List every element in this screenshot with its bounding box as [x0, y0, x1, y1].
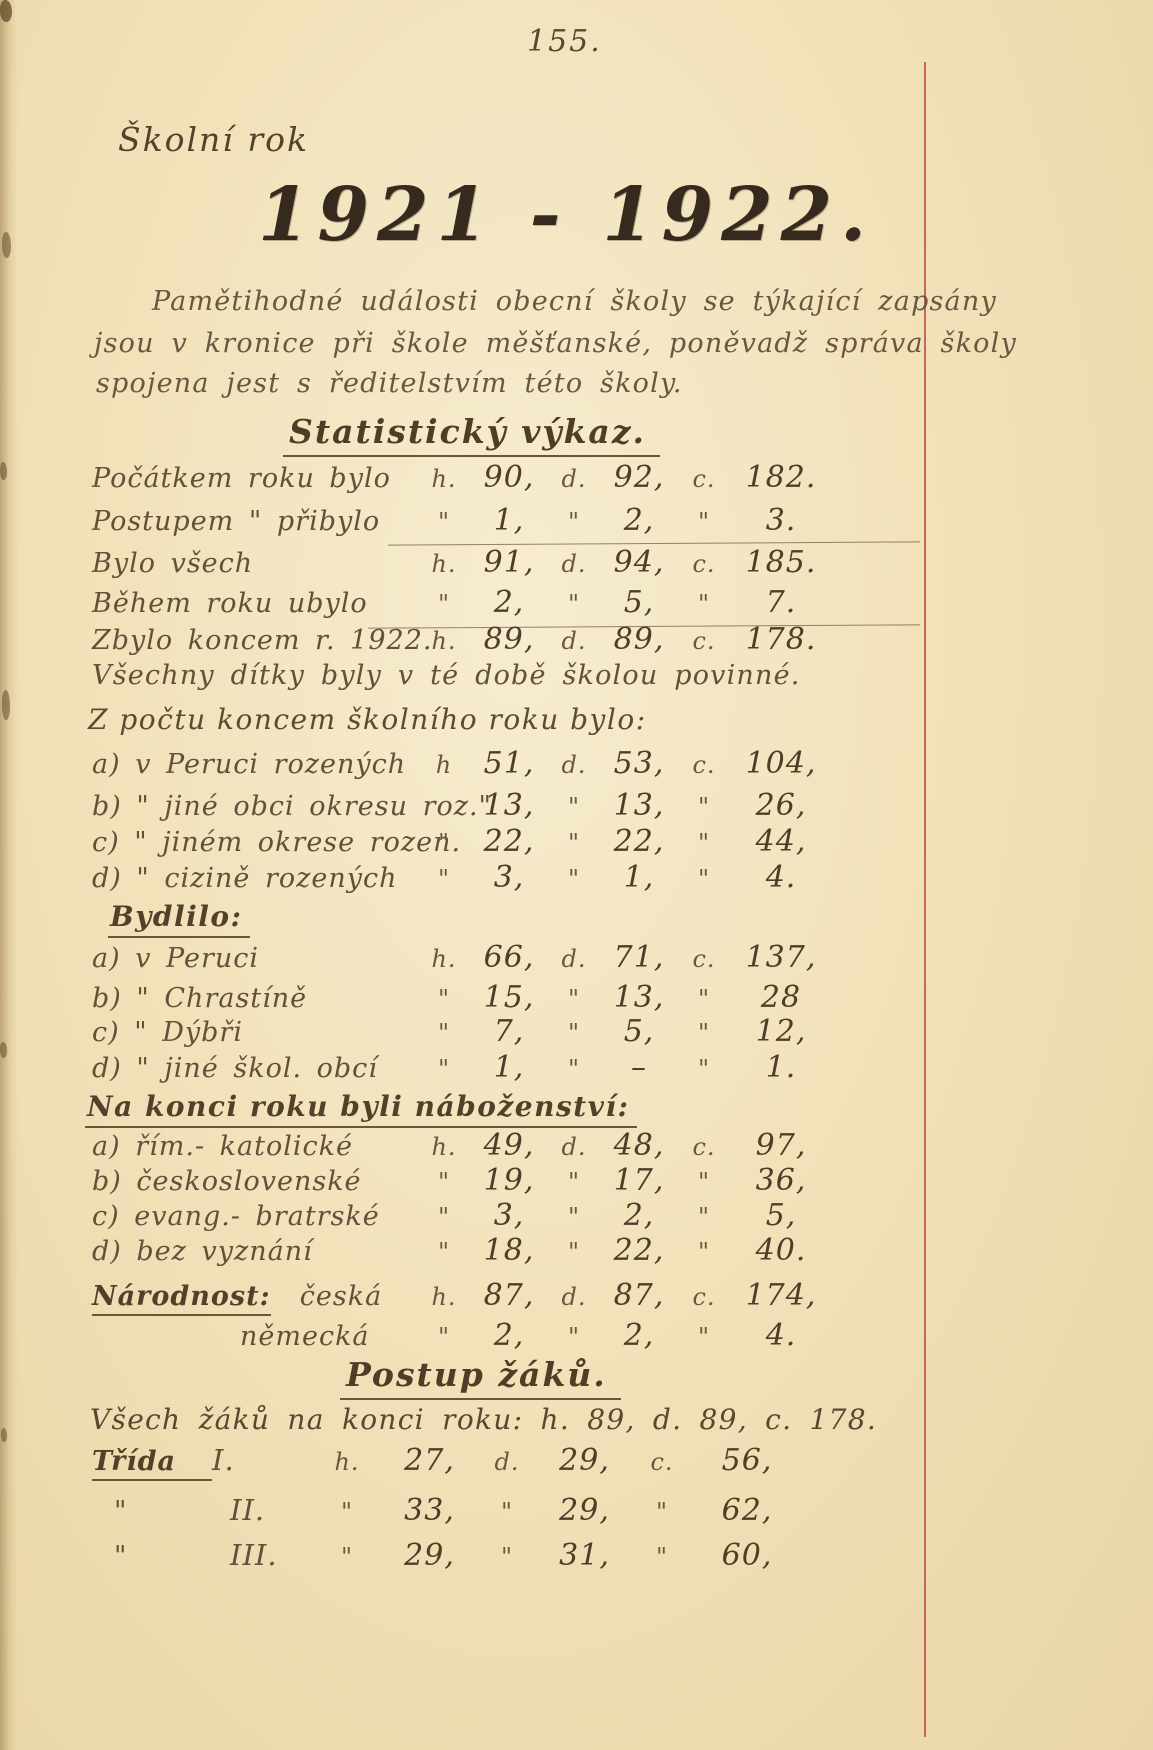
stat-row: a) řím.- katolické h. 49, d. 48, c. 97, — [92, 1128, 836, 1163]
stat-value: 31, — [537, 1538, 632, 1573]
class-row: Třída I. h. 27, d. 29, c. 56, — [92, 1443, 802, 1481]
paper-speck — [0, 1042, 7, 1058]
stat-unit: " — [682, 1323, 726, 1351]
stat-unit: " — [682, 1019, 726, 1047]
stat-row: b) " jiné obci okresu roz." 13, " 13, " … — [92, 788, 836, 823]
stat-unit: " — [552, 590, 596, 618]
stat-value: 2, — [466, 585, 552, 620]
stat-value: 2, — [596, 503, 682, 538]
stat-value: 4. — [726, 860, 836, 895]
stat-value: 66, — [466, 940, 552, 975]
stat-value: 137, — [726, 940, 836, 975]
stat-value: 87, — [596, 1278, 682, 1313]
note-line: Všechny dítky byly v té době školou povi… — [92, 660, 801, 691]
intro-line-1: Pamětihodné události obecní školy se týk… — [152, 286, 997, 317]
stat-value: 26, — [726, 788, 836, 823]
stat-value: 178. — [726, 622, 836, 657]
stat-value: 33, — [382, 1493, 477, 1528]
stat-unit: " — [552, 1238, 596, 1266]
stat-unit: h. — [422, 1283, 466, 1311]
stat-unit: c. — [682, 1283, 726, 1311]
stat-label: a) v Peruci — [92, 943, 422, 974]
stat-label: Počátkem roku bylo — [92, 463, 422, 494]
stat-unit: d. — [552, 1283, 596, 1311]
class-row: " II. " 33, " 29, " 62, — [92, 1493, 802, 1528]
stat-unit: d. — [552, 627, 596, 655]
stat-label: Národnost: česká — [92, 1281, 422, 1312]
stat-label: d) " cizině rozených — [92, 863, 422, 894]
class-name: II. — [212, 1493, 312, 1527]
stat-unit: d. — [552, 1133, 596, 1161]
page-title: 1921 - 1922. — [258, 172, 874, 258]
stat-value: 92, — [596, 460, 682, 495]
stat-unit: " — [682, 865, 726, 893]
stat-unit: " — [422, 1323, 466, 1351]
nationality-name: česká — [300, 1281, 382, 1312]
stat-label: Bylo všech — [92, 548, 422, 579]
stat-unit: " — [422, 865, 466, 893]
class-row-prefix: Třída — [92, 1446, 212, 1481]
stat-row: Počátkem roku bylo h. 90, d. 92, c. 182. — [92, 460, 836, 495]
stat-value: 5, — [596, 585, 682, 620]
nationality-name: německá — [92, 1321, 422, 1352]
stat-value: 185. — [726, 545, 836, 580]
stat-unit: " — [312, 1498, 382, 1526]
stat-value: 1, — [596, 860, 682, 895]
stat-unit: " — [422, 985, 466, 1013]
stat-label: Postupem " přibylo — [92, 506, 422, 537]
stat-value: 182. — [726, 460, 836, 495]
stat-value: 49, — [466, 1128, 552, 1163]
stat-unit: " — [422, 590, 466, 618]
stat-unit: h. — [422, 465, 466, 493]
stat-label: b) " jiné obci okresu roz." — [92, 791, 422, 822]
stat-value: 13, — [596, 788, 682, 823]
stat-unit: " — [422, 1055, 466, 1083]
stat-label: d) " jiné škol. obcí — [92, 1053, 422, 1084]
stat-row: Zbylo koncem r. 1922. h. 89, d. 89, c. 1… — [92, 622, 836, 657]
paper-speck — [1, 1428, 7, 1442]
stat-value: 22, — [466, 824, 552, 859]
stat-unit: " — [552, 1019, 596, 1047]
religion-heading: Na konci roku byli náboženství: — [85, 1090, 637, 1128]
stat-row: c) " Dýbři " 7, " 5, " 12, — [92, 1014, 836, 1049]
stat-label: Zbylo koncem r. 1922. — [92, 625, 422, 656]
class-row-prefix: " — [92, 1541, 212, 1572]
stat-value: 22, — [596, 824, 682, 859]
stat-unit: c. — [682, 627, 726, 655]
stat-label: d) bez vyznání — [92, 1236, 422, 1267]
stat-row: b) československé " 19, " 17, " 36, — [92, 1163, 836, 1198]
stat-unit: " — [682, 1168, 726, 1196]
school-year-label: Školní rok — [118, 120, 309, 159]
page-number: 155. — [527, 24, 602, 59]
stat-unit: " — [422, 1168, 466, 1196]
stat-label: c) " Dýbři — [92, 1017, 422, 1048]
stat-row: a) v Peruci rozených h 51, d. 53, c. 104… — [92, 746, 836, 781]
stat-value: 7, — [466, 1014, 552, 1049]
stat-unit: h. — [422, 627, 466, 655]
stat-unit: c. — [682, 465, 726, 493]
stat-value: 15, — [466, 980, 552, 1015]
stat-unit: " — [632, 1498, 692, 1526]
stat-value: 3, — [466, 860, 552, 895]
stat-value: 3, — [466, 1198, 552, 1233]
stat-row: d) " cizině rozených " 3, " 1, " 4. — [92, 860, 836, 895]
stat-value: 36, — [726, 1163, 836, 1198]
stat-label: b) " Chrastíně — [92, 983, 422, 1014]
paper-speck — [0, 0, 12, 22]
stat-unit: h. — [422, 945, 466, 973]
stat-value: 1, — [466, 503, 552, 538]
stat-value: 104, — [726, 746, 836, 781]
paper-speck — [2, 232, 11, 258]
stat-value: 19, — [466, 1163, 552, 1198]
stat-value: 29, — [537, 1493, 632, 1528]
stat-row: d) " jiné škol. obcí " 1, " – " 1. — [92, 1050, 836, 1085]
stat-unit: d. — [477, 1448, 537, 1476]
stat-value: 4. — [726, 1318, 836, 1353]
stat-value: 51, — [466, 746, 552, 781]
stat-label: a) v Peruci rozených — [92, 749, 422, 780]
statistics-heading: Statistický výkaz. — [283, 412, 660, 457]
stat-unit: c. — [682, 751, 726, 779]
stat-value: 5, — [596, 1014, 682, 1049]
stat-unit: " — [682, 829, 726, 857]
stat-unit: " — [552, 793, 596, 821]
stat-value: 2, — [466, 1318, 552, 1353]
stat-unit: " — [422, 1019, 466, 1047]
chronicle-page: 155. Školní rok 1921 - 1922. Pamětihodné… — [0, 0, 1153, 1750]
stat-row: Během roku ubylo " 2, " 5, " 7. — [92, 585, 836, 620]
class-row-prefix: " — [92, 1496, 212, 1527]
stat-unit: " — [682, 1055, 726, 1083]
stat-label: c) evang.- bratrské — [92, 1201, 422, 1232]
born-heading: Z počtu koncem školního roku bylo: — [88, 703, 647, 736]
stat-value: 13, — [466, 788, 552, 823]
stat-value: 62, — [692, 1493, 802, 1528]
stat-unit: " — [682, 1203, 726, 1231]
paper-speck — [2, 690, 10, 720]
stat-value: 29, — [382, 1538, 477, 1573]
stat-unit: " — [632, 1543, 692, 1571]
progress-heading: Postup žáků. — [340, 1355, 621, 1400]
stat-value: 97, — [726, 1128, 836, 1163]
stat-unit: " — [682, 793, 726, 821]
stat-unit: " — [422, 508, 466, 536]
binding-edge — [0, 0, 18, 1750]
stat-value: 13, — [596, 980, 682, 1015]
stat-unit: " — [552, 508, 596, 536]
stat-row: d) bez vyznání " 18, " 22, " 40. — [92, 1233, 836, 1268]
stat-unit: " — [552, 1168, 596, 1196]
stat-value: – — [596, 1050, 682, 1085]
stat-unit: d. — [552, 945, 596, 973]
stat-value: 1, — [466, 1050, 552, 1085]
stat-unit: h. — [422, 1133, 466, 1161]
stat-unit: " — [552, 1055, 596, 1083]
stat-value: 17, — [596, 1163, 682, 1198]
stat-unit: " — [552, 1203, 596, 1231]
stat-value: 5, — [726, 1198, 836, 1233]
stat-unit: c. — [682, 550, 726, 578]
stat-unit: d. — [552, 550, 596, 578]
stat-label: a) řím.- katolické — [92, 1131, 422, 1162]
stat-row: c) evang.- bratrské " 3, " 2, " 5, — [92, 1198, 836, 1233]
stat-value: 60, — [692, 1538, 802, 1573]
stat-unit: " — [312, 1543, 382, 1571]
stat-unit: d. — [552, 465, 596, 493]
stat-label: Během roku ubylo — [92, 588, 422, 619]
stat-value: 29, — [537, 1443, 632, 1478]
paper-speck — [0, 462, 7, 480]
stat-row: Národnost: česká h. 87, d. 87, c. 174, — [92, 1278, 836, 1313]
stat-unit: h — [422, 751, 466, 779]
stat-unit: " — [682, 985, 726, 1013]
stat-unit: " — [552, 829, 596, 857]
stat-row: Bylo všech h. 91, d. 94, c. 185. — [92, 545, 836, 580]
stat-value: 2, — [596, 1318, 682, 1353]
stat-unit: " — [682, 1238, 726, 1266]
stat-value: 174, — [726, 1278, 836, 1313]
stat-row: a) v Peruci h. 66, d. 71, c. 137, — [92, 940, 836, 975]
progress-summary: Všech žáků na konci roku: h. 89, d. 89, … — [90, 1403, 877, 1436]
stat-unit: c. — [682, 945, 726, 973]
intro-line-2: jsou v kronice při škole měšťanské, poně… — [94, 328, 1017, 359]
stat-value: 2, — [596, 1198, 682, 1233]
stat-value: 44, — [726, 824, 836, 859]
stat-row: c) " jiném okrese rozen. " 22, " 22, " 4… — [92, 824, 836, 859]
stat-value: 28 — [726, 980, 836, 1015]
stat-value: 89, — [596, 622, 682, 657]
stat-value: 40. — [726, 1233, 836, 1268]
stat-value: 56, — [692, 1443, 802, 1478]
stat-row: b) " Chrastíně " 15, " 13, " 28 — [92, 980, 836, 1015]
stat-unit: h. — [422, 550, 466, 578]
stat-label: c) " jiném okrese rozen. — [92, 827, 422, 858]
stat-value: 90, — [466, 460, 552, 495]
stat-unit: " — [552, 985, 596, 1013]
stat-unit: " — [552, 1323, 596, 1351]
class-row: " III. " 29, " 31, " 60, — [92, 1538, 802, 1573]
residence-heading: Bydlilo: — [108, 900, 250, 938]
stat-unit: " — [552, 865, 596, 893]
stat-row: německá " 2, " 2, " 4. — [92, 1318, 836, 1353]
stat-unit: " — [682, 590, 726, 618]
stat-unit: " — [422, 1203, 466, 1231]
class-name: III. — [212, 1538, 312, 1572]
stat-label: b) československé — [92, 1166, 422, 1197]
stat-value: 7. — [726, 585, 836, 620]
stat-value: 89, — [466, 622, 552, 657]
stat-value: 48, — [596, 1128, 682, 1163]
stat-value: 22, — [596, 1233, 682, 1268]
stat-unit: c. — [682, 1133, 726, 1161]
stat-row: Postupem " přibylo " 1, " 2, " 3. — [92, 503, 836, 538]
nationality-label: Národnost: — [92, 1281, 271, 1316]
stat-unit: d. — [552, 751, 596, 779]
stat-unit: " — [477, 1498, 537, 1526]
stat-unit: " — [422, 829, 466, 857]
stat-value: 18, — [466, 1233, 552, 1268]
stat-value: 12, — [726, 1014, 836, 1049]
stat-value: 3. — [726, 503, 836, 538]
stat-value: 53, — [596, 746, 682, 781]
stat-value: 1. — [726, 1050, 836, 1085]
stat-value: 87, — [466, 1278, 552, 1313]
stat-value: 94, — [596, 545, 682, 580]
stat-value: 27, — [382, 1443, 477, 1478]
stat-value: 91, — [466, 545, 552, 580]
stat-unit: " — [682, 508, 726, 536]
class-name: I. — [212, 1443, 312, 1477]
stat-unit: c. — [632, 1448, 692, 1476]
stat-unit: " — [477, 1543, 537, 1571]
stat-unit: " — [422, 1238, 466, 1266]
stat-value: 71, — [596, 940, 682, 975]
intro-line-3: spojena jest s ředitelstvím této školy. — [96, 368, 683, 399]
stat-unit: h. — [312, 1448, 382, 1476]
